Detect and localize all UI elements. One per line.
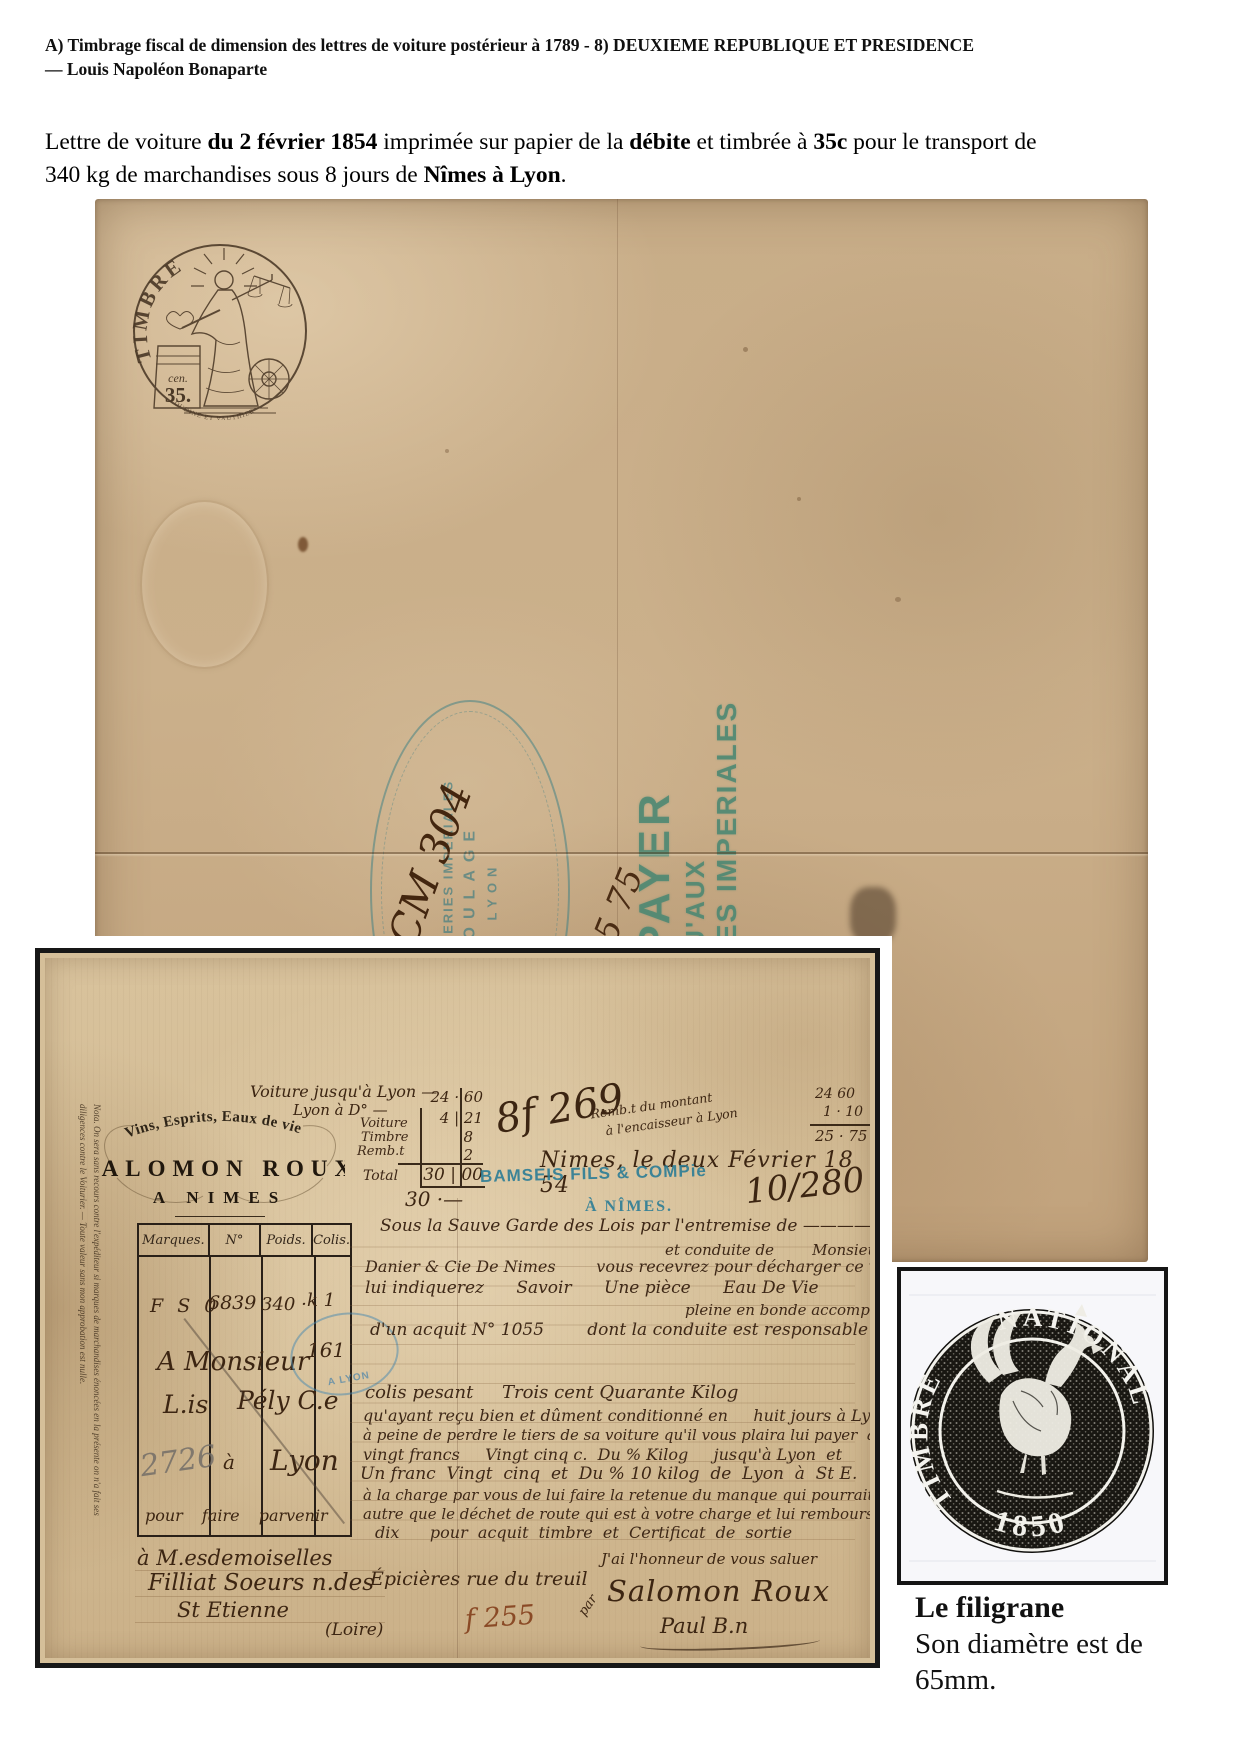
fee-amount-1: 24 · 60: [423, 1088, 483, 1106]
watermark-image: TIMBRE NATIONAL 1850: [901, 1271, 1164, 1581]
addressee-line1: à M.esdemoiselles: [137, 1546, 333, 1570]
stain-speck-1: [743, 347, 748, 352]
stain-speck-3: [445, 449, 449, 453]
ms-161: 161: [307, 1338, 345, 1362]
right-amount-3: 25 · 75: [815, 1127, 867, 1145]
exhibit-header: A) Timbrage fiscal de dimension des lett…: [45, 34, 1175, 81]
fee-amount-4: 2: [423, 1146, 473, 1164]
fee-amount-total: 30 | 00: [415, 1165, 483, 1185]
intro-t1: Lettre de voiture: [45, 129, 207, 155]
watermark-caption: Le filigrane Son diamètre est de 65mm.: [915, 1590, 1193, 1699]
body-line-13: autre que le déchet de route qui est à v…: [363, 1505, 870, 1523]
ms-epicieres: Épicières rue du treuil: [370, 1568, 588, 1590]
ms-f255: f 255: [464, 1600, 536, 1636]
body-line-11: Un franc Vingt cinq et Du % 10 kilog de …: [360, 1464, 857, 1484]
letterhead-city: A NIMES: [153, 1188, 287, 1207]
letterhead-arc-text: Vins, Esprits, Eaux de vie: [123, 1109, 304, 1142]
margin-note: Nota. On sera sans recours contre l'expé…: [57, 1104, 103, 1534]
header-line2: — Louis Napoléon Bonaparte: [45, 58, 1175, 82]
fee-label-total: Total: [363, 1168, 398, 1184]
right-amount-2: 1 · 10: [823, 1104, 863, 1120]
body-line-7: colis pesant Trois cent Quarante Kilog: [365, 1382, 738, 1403]
table-header-colis: Colis.: [313, 1225, 350, 1255]
address-rule-2: [135, 1596, 385, 1597]
a-nimes-stamp: À NÎMES.: [585, 1198, 673, 1216]
fold-line: [95, 852, 1148, 854]
stain-speck-2: [797, 497, 801, 501]
caption-title: Le filigrane: [915, 1590, 1193, 1626]
ms-lis: L.is: [163, 1390, 208, 1419]
fee-amount-3: 8: [423, 1128, 473, 1146]
body-line-6: d'un acquit N° 1055 dont la conduite est…: [370, 1320, 868, 1340]
body-line-12: à la charge par vous de lui faire la ret…: [363, 1486, 870, 1504]
intro-t5: .: [561, 162, 567, 188]
table-header-poids: Poids.: [261, 1225, 313, 1255]
fee-label-remb: Remb.t: [357, 1144, 405, 1159]
intro-paragraph: Lettre de voiture du 2 février 1854 impr…: [45, 126, 1075, 193]
table-header-numero: N°: [210, 1225, 261, 1255]
ms-a: à: [223, 1450, 235, 1474]
intro-t2: imprimée sur papier de la: [377, 129, 629, 155]
signature-paul: Paul B.n: [660, 1614, 748, 1638]
ms-par: par: [576, 1592, 601, 1619]
ms-voiture-jusqua-lyon: Voiture jusqu'à Lyon —: [250, 1082, 437, 1101]
signature-salomon-roux: Salomon Roux: [607, 1574, 830, 1608]
table-row-colis: k 1: [307, 1290, 335, 1311]
body-line-10: vingt francs Vingt cinq c. Du % Kilog ju…: [363, 1445, 842, 1464]
watermark-frame: TIMBRE NATIONAL 1850: [897, 1267, 1168, 1585]
addressee-line4: (Loire): [325, 1620, 383, 1640]
body-line-3: Danier & Cie De Nimes vous recevrez pour…: [365, 1257, 870, 1276]
table-row-poids: 340 ·: [261, 1294, 307, 1315]
intro-route: Nîmes à Lyon: [424, 162, 561, 188]
front-vertical-crease: [457, 1198, 458, 1658]
freight-table-header: Marques. N° Poids. Colis.: [139, 1225, 350, 1257]
front-paper: Vins, Esprits, Eaux de vie SALOMON ROUX …: [45, 958, 870, 1658]
letterhead-rule: [175, 1216, 265, 1217]
fee-grand-total: 30 ·—: [405, 1187, 463, 1211]
svg-text:Vins, Esprits, Eaux de vie: Vins, Esprits, Eaux de vie: [123, 1109, 304, 1142]
exhibit-page: A) Timbrage fiscal de dimension des lett…: [0, 0, 1240, 1754]
body-line-8: qu'ayant reçu bien et dûment conditionné…: [363, 1406, 870, 1425]
stain-spot: [298, 537, 308, 552]
stain-smudge: [850, 887, 896, 945]
intro-debite: débite: [629, 129, 690, 155]
addressee-line3: St Etienne: [177, 1598, 289, 1622]
embossed-seal: [140, 500, 269, 669]
header-line1: A) Timbrage fiscal de dimension des lett…: [45, 34, 1175, 58]
ms-a-monsieur: A Monsieur: [157, 1347, 309, 1377]
table-row-numero: 6839: [208, 1292, 256, 1314]
stain-speck-4: [895, 597, 901, 602]
fee-label-voiture: Voiture: [360, 1116, 408, 1131]
front-frame: Vins, Esprits, Eaux de vie SALOMON ROUX …: [35, 948, 880, 1668]
body-line-14: dix pour acquit timbre et Certificat de …: [375, 1523, 792, 1542]
intro-date: du 2 février 1854: [207, 129, 377, 155]
body-line-1: Sous la Sauve Garde des Lois par l'entre…: [380, 1216, 870, 1236]
fee-label-timbre: Timbre: [361, 1130, 408, 1145]
closing-salute: J'ai l'honneur de vous saluer: [601, 1550, 817, 1568]
body-line-4: lui indiquerez Savoir Une pièce Eau De V…: [365, 1278, 819, 1298]
addressee-line2: Filliat Soeurs n.des: [148, 1570, 374, 1596]
body-line-9: à peine de perdre le tiers de sa voiture…: [363, 1426, 870, 1444]
fiscal-stamp-35c: TIMBRE cen. 35. OUDINE ET VAUTHIER: [128, 238, 308, 420]
table-header-marques: Marques.: [139, 1225, 210, 1255]
right-amount-1: 24 60: [815, 1086, 855, 1102]
body-line-5: pleine en bonde accompagnée: [685, 1301, 870, 1319]
intro-t3: et timbrée à: [691, 129, 814, 155]
table-footer: pour faire parvenir: [145, 1506, 328, 1525]
fee-amount-2: 4 | 21: [423, 1109, 483, 1127]
caption-text: Son diamètre est de 65mm.: [915, 1626, 1193, 1699]
intro-35c: 35c: [813, 129, 847, 155]
right-amount-rule: [810, 1124, 870, 1126]
letterhead-name: SALOMON ROUX: [95, 1156, 345, 1181]
